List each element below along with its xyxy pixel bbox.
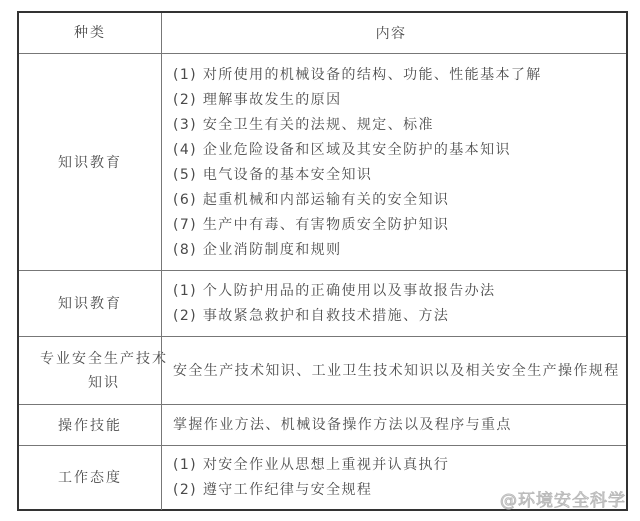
column-divider [161,54,162,271]
content-item: (1) 个人防护用品的正确使用以及事故报告办法 [173,279,620,304]
row-content: 安全生产技术知识、工业卫生技术知识以及相关安全生产操作规程 [173,337,620,405]
row-category: 操作技能 [19,405,161,446]
content-item: (5) 电气设备的基本安全知识 [173,163,620,188]
header-category: 种类 [19,13,161,53]
row-category: 专业安全生产技术知识 [19,337,189,405]
row-category: 知识教育 [19,54,161,271]
row-content: 掌握作业方法、机械设备操作方法以及程序与重点 [173,405,620,446]
content-item: (3) 安全卫生有关的法规、规定、标准 [173,113,620,138]
column-divider [161,337,162,405]
content-item: (2) 理解事故发生的原因 [173,88,620,113]
content-item: 安全生产技术知识、工业卫生技术知识以及相关安全生产操作规程 [173,359,620,384]
content-item: 掌握作业方法、机械设备操作方法以及程序与重点 [173,413,620,438]
table-row: 知识教育 (1) 个人防护用品的正确使用以及事故报告办法 (2) 事故紧急救护和… [19,270,626,337]
content-item: (6) 起重机械和内部运输有关的安全知识 [173,188,620,213]
table-row: 操作技能 掌握作业方法、机械设备操作方法以及程序与重点 [19,404,626,446]
row-category: 工作态度 [19,446,161,510]
table-row: 专业安全生产技术知识 安全生产技术知识、工业卫生技术知识以及相关安全生产操作规程 [19,336,626,405]
content-item: (4) 企业危险设备和区域及其安全防护的基本知识 [173,138,620,163]
table-row: 知识教育 (1) 对所使用的机械设备的结构、功能、性能基本了解 (2) 理解事故… [19,53,626,271]
content-item: (1) 对所使用的机械设备的结构、功能、性能基本了解 [173,63,620,88]
header-content: 内容 [162,13,620,53]
column-divider [161,446,162,510]
watermark: @环境安全科学 [500,486,626,511]
content-item: (8) 企业消防制度和规则 [173,238,620,263]
content-item: (1) 对安全作业从思想上重视并认真执行 [173,453,620,478]
content-item: (7) 生产中有毒、有害物质安全防护知识 [173,213,620,238]
safety-training-table: 种类 内容 知识教育 (1) 对所使用的机械设备的结构、功能、性能基本了解 (2… [17,11,628,511]
row-content: (1) 对所使用的机械设备的结构、功能、性能基本了解 (2) 理解事故发生的原因… [173,54,620,271]
table-header-row: 种类 内容 [19,13,626,53]
row-category: 知识教育 [19,271,161,337]
content-item: (2) 事故紧急救护和自救技术措施、方法 [173,304,620,329]
row-content: (1) 个人防护用品的正确使用以及事故报告办法 (2) 事故紧急救护和自救技术措… [173,271,620,337]
column-divider [161,405,162,446]
column-divider [161,271,162,337]
header-content-label: 内容 [376,23,407,43]
